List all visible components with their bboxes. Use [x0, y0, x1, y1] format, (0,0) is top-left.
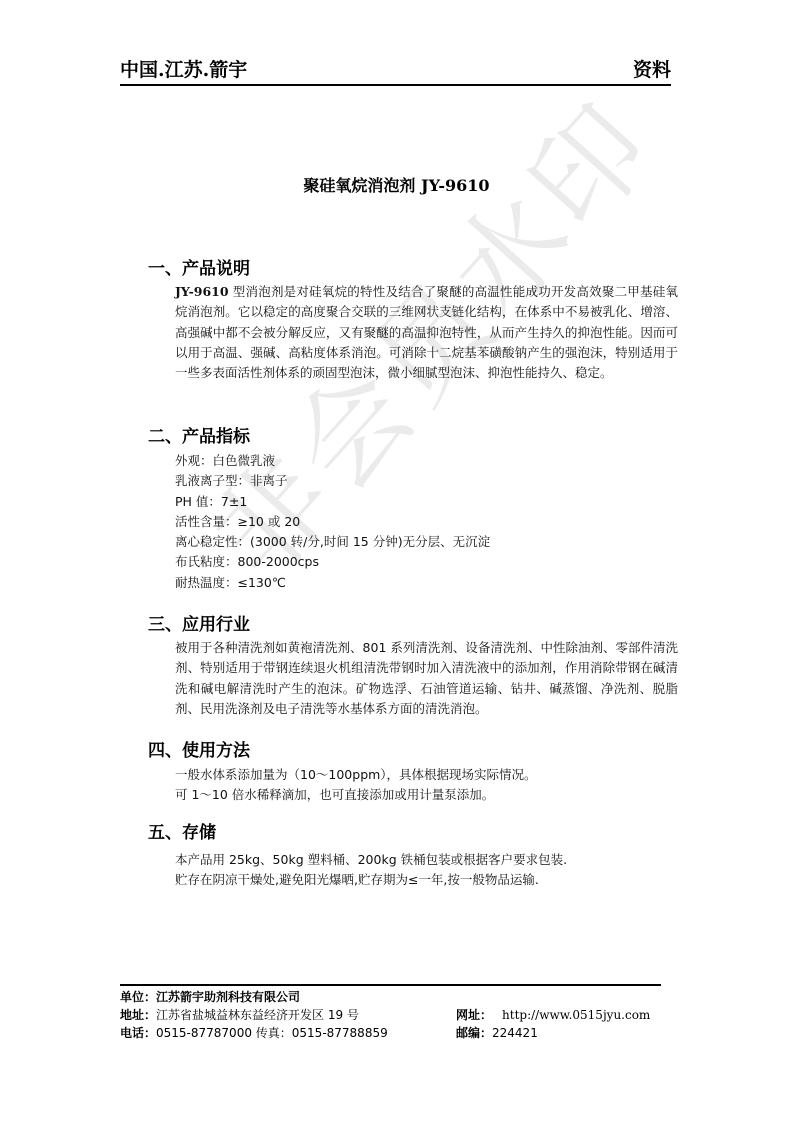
- website-link[interactable]: http://www.0515jyu.com: [502, 1008, 650, 1022]
- header-origin: 中国.江苏.箭宇: [120, 58, 247, 82]
- header-label: 资料: [633, 58, 671, 82]
- section-heading: 二、产品指标: [148, 426, 678, 448]
- website-label: 网址：: [456, 1008, 492, 1022]
- address-value: 江苏省盐城益林东益经济开发区 19 号: [156, 1008, 359, 1022]
- spec-centrifugal-stability: 离心稳定性：(3000 转/分,时间 15 分钟)无分层、无沉淀: [175, 532, 678, 552]
- spec-viscosity: 布氏粘度：800-2000cps: [175, 552, 678, 572]
- usage-line: 一般水体系添加量为（10～100ppm），具体根据现场实际情况。: [175, 765, 678, 785]
- spec-ph: PH 值：7±1: [175, 492, 678, 512]
- usage-line: 可 1～10 倍水稀释滴加，也可直接添加或用计量泵添加。: [175, 785, 678, 805]
- description-text: 型消泡剂是对硅氧烷的特性及结合了聚醚的高温性能成功开发高效聚二甲基硅氧烷消泡剂。…: [175, 284, 678, 380]
- product-code: JY-9610: [175, 284, 229, 299]
- spec-active-content: 活性含量：≥10 或 20: [175, 512, 678, 532]
- section-product-description: 一、产品说明 JY-9610 型消泡剂是对硅氧烷的特性及结合了聚醚的高温性能成功…: [148, 258, 678, 383]
- page-footer: 单位：江苏箭宇助剂科技有限公司 地址：江苏省盐城益林东益经济开发区 19 号 网…: [120, 988, 680, 1042]
- section-applications: 三、应用行业 被用于各种清洗剂如黄袍清洗剂、801 系列清洗剂、设备清洗剂、中性…: [148, 614, 678, 719]
- page-header: 中国.江苏.箭宇 资料: [120, 58, 671, 86]
- section-storage: 五、存储 本产品用 25kg、50kg 塑料桶、200kg 铁桶包装或根据客户要…: [148, 822, 678, 891]
- company-name: 江苏箭宇助剂科技有限公司: [156, 990, 300, 1004]
- phone-label: 电话：: [120, 1026, 156, 1040]
- storage-line: 本产品用 25kg、50kg 塑料桶、200kg 铁桶包装或根据客户要求包装.: [175, 850, 678, 870]
- spec-appearance: 外观：白色微乳液: [175, 451, 678, 471]
- postcode-value: 224421: [492, 1026, 538, 1040]
- applications-paragraph: 被用于各种清洗剂如黄袍清洗剂、801 系列清洗剂、设备清洗剂、中性除油剂、零部件…: [175, 638, 678, 719]
- footer-phone-row: 电话：0515-87787000 传真：0515-87788859 邮编：224…: [120, 1024, 680, 1042]
- footer-divider: [120, 984, 661, 986]
- section-heading: 五、存储: [148, 822, 678, 844]
- footer-company-row: 单位：江苏箭宇助剂科技有限公司: [120, 988, 680, 1006]
- company-label: 单位：: [120, 990, 156, 1004]
- storage-line: 贮存在阴凉干燥处,避免阳光爆晒,贮存期为≤一年,按一般物品运输.: [175, 870, 678, 890]
- document-page: 非会员水印 中国.江苏.箭宇 资料 聚硅氧烷消泡剂 JY-9610 一、产品说明…: [0, 0, 793, 1122]
- section-heading: 一、产品说明: [148, 258, 678, 280]
- phone-fax-value: 0515-87787000 传真：0515-87788859: [156, 1026, 388, 1040]
- section-heading: 四、使用方法: [148, 740, 678, 762]
- description-paragraph: JY-9610 型消泡剂是对硅氧烷的特性及结合了聚醚的高温性能成功开发高效聚二甲…: [175, 282, 678, 383]
- section-usage: 四、使用方法 一般水体系添加量为（10～100ppm），具体根据现场实际情况。 …: [148, 740, 678, 806]
- postcode-label: 邮编：: [456, 1026, 492, 1040]
- section-product-specs: 二、产品指标 外观：白色微乳液 乳液离子型：非离子 PH 值：7±1 活性含量：…: [148, 426, 678, 593]
- spec-ionic-type: 乳液离子型：非离子: [175, 471, 678, 491]
- spec-heat-resistance: 耐热温度：≤130℃: [175, 573, 678, 593]
- footer-address-row: 地址：江苏省盐城益林东益经济开发区 19 号 网址：http://www.051…: [120, 1006, 680, 1024]
- document-title: 聚硅氧烷消泡剂 JY-9610: [0, 176, 793, 196]
- section-heading: 三、应用行业: [148, 614, 678, 636]
- address-label: 地址：: [120, 1008, 156, 1022]
